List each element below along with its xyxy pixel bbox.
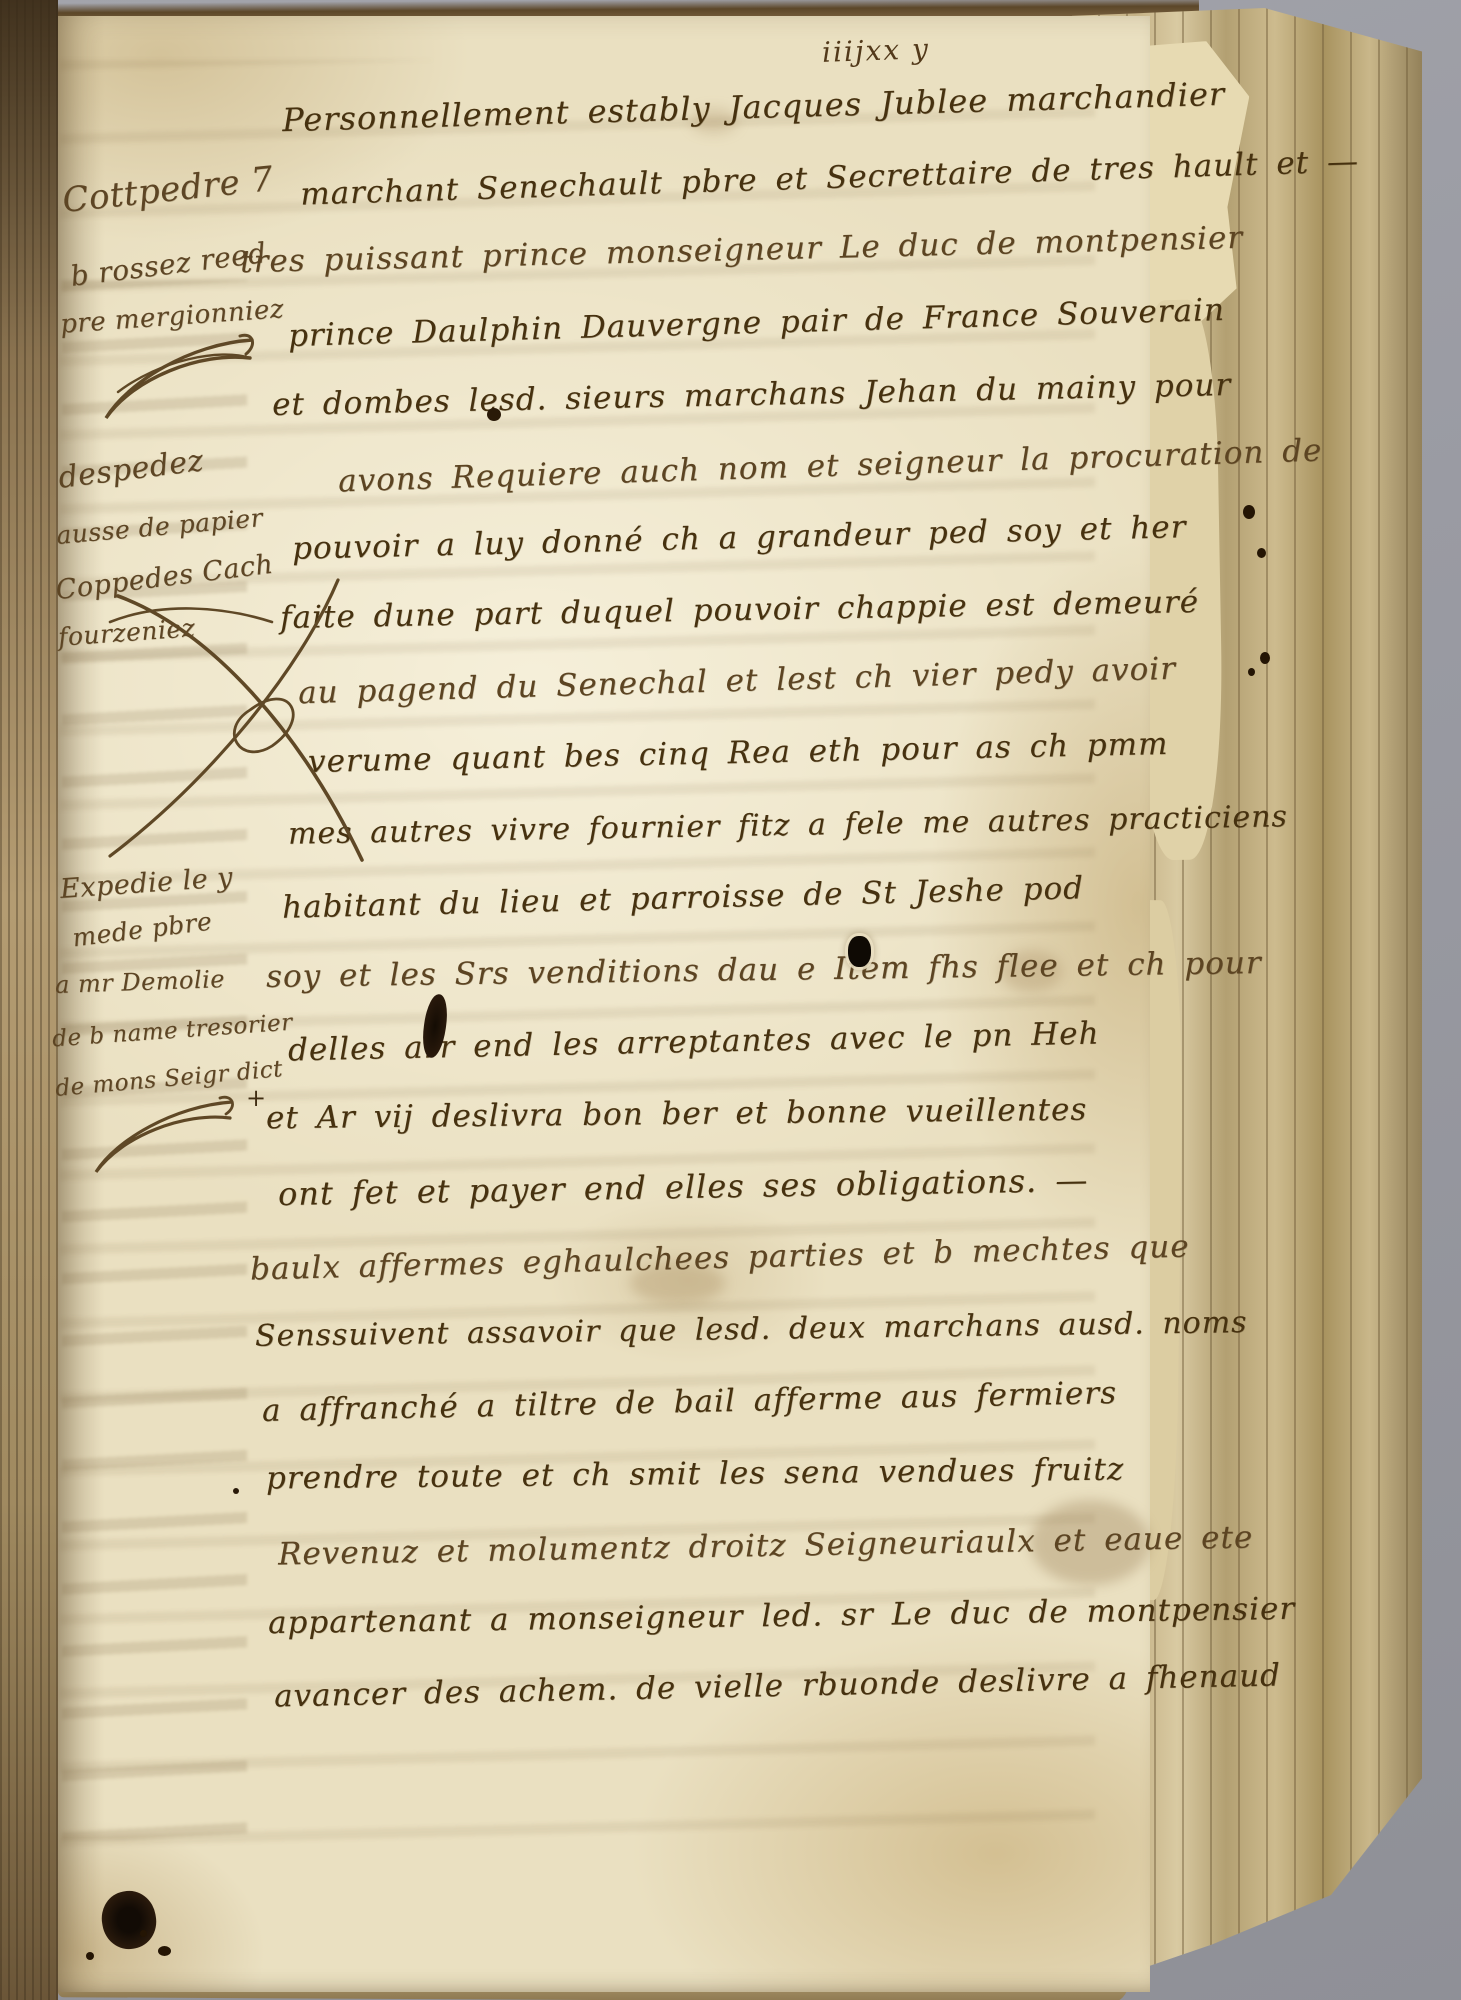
paraph-flourish-icon <box>90 1092 240 1182</box>
paper-hole <box>848 936 871 967</box>
ink-dot <box>487 408 501 421</box>
ink-speck <box>86 1952 94 1960</box>
edge-ink-speck <box>1248 668 1255 676</box>
ink-dot <box>233 1488 239 1494</box>
manuscript-photo: iiijxx y Personnellement estably Jacques… <box>0 0 1461 2000</box>
paraph-flourish-icon <box>100 560 380 870</box>
ink-speck <box>140 1930 147 1937</box>
paraph-flourish-icon <box>100 330 260 430</box>
margin-note-line: a mr Demolie <box>55 965 226 999</box>
marginal-cross-mark: + <box>246 1084 266 1112</box>
edge-ink-speck <box>1260 652 1270 664</box>
book-spine <box>0 0 58 2000</box>
edge-ink-speck <box>1257 548 1266 558</box>
edge-ink-speck <box>1243 505 1255 519</box>
folio-number: iiijxx y <box>821 32 930 69</box>
ink-speck <box>158 1946 171 1956</box>
